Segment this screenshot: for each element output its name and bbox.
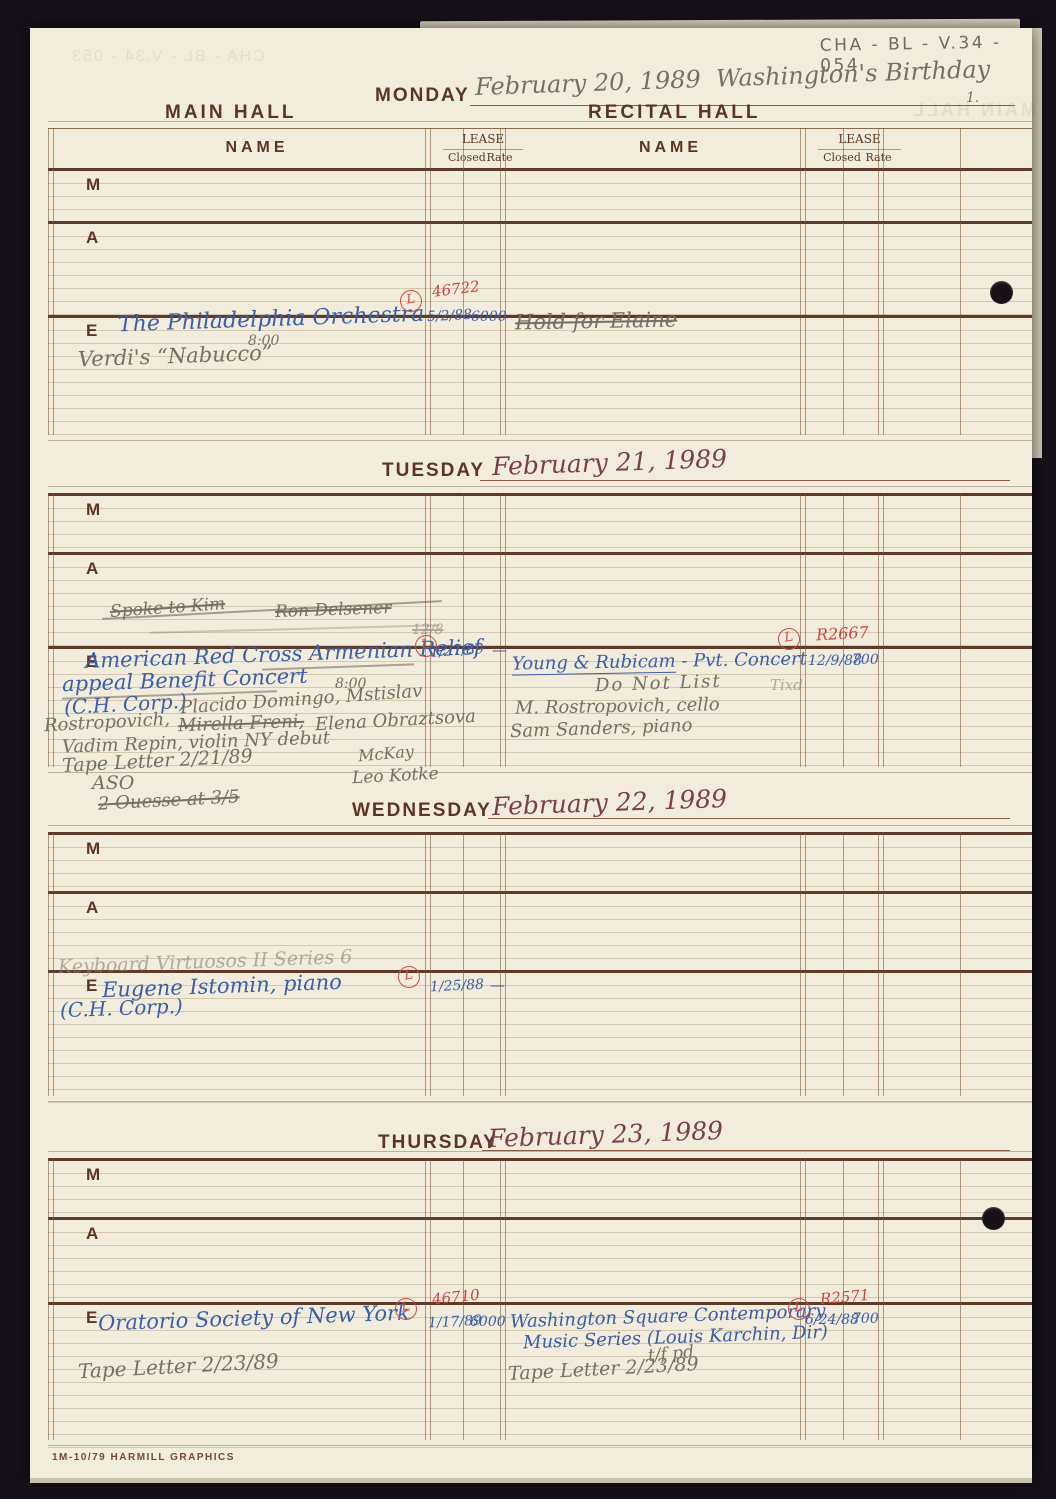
col-lease-main: LEASE <box>448 132 518 146</box>
day-label-wednesday: WEDNESDAY <box>352 800 492 822</box>
grid-vline <box>883 493 884 767</box>
hole-punch <box>982 1207 1005 1230</box>
presenter-note: (C.H. Corp.) <box>60 994 184 1022</box>
day-block-thursday: M A E <box>48 1158 1032 1440</box>
paid-note: t/f pd <box>647 1342 695 1366</box>
side-note: Tixd <box>770 676 803 694</box>
grid-vline <box>843 832 844 1096</box>
grid-vline <box>960 1158 961 1440</box>
lease-closed-date: 1/25/88 <box>430 977 485 996</box>
lease-rate: — <box>492 641 507 659</box>
client-name: Young & Rubicam <box>512 651 676 676</box>
event-type: - Pvt. Concert <box>681 648 807 671</box>
grid-vline <box>48 128 49 435</box>
morning-row: M <box>48 832 1032 891</box>
grid-vline <box>48 832 49 1096</box>
lease-rate: 700 <box>852 1311 879 1327</box>
day-date-monday: February 20, 1989 Washington's Birthday <box>475 55 991 101</box>
grid-vline <box>463 832 464 1096</box>
grid-vline <box>53 128 54 435</box>
col-name-main: NAME <box>71 139 443 157</box>
day-date-wednesday: February 22, 1989 <box>492 784 728 821</box>
col-closed-recital: Closed <box>823 151 861 164</box>
morning-row: M <box>48 493 1032 552</box>
grid-vline <box>500 128 501 435</box>
ledger-page: CHA - BL - V.34 - 053 RECITAL HALL MAIN … <box>30 28 1032 1478</box>
grid-vline <box>425 128 426 435</box>
row-label-m: M <box>86 500 100 520</box>
grid-vline <box>48 1158 49 1440</box>
grid-vline <box>425 832 426 1096</box>
col-name-recital: NAME <box>523 139 818 157</box>
row-label-a: A <box>86 228 98 248</box>
grid-vline <box>500 1158 501 1440</box>
date-text: February 20, 1989 <box>475 65 702 101</box>
grid-vline <box>878 832 879 1096</box>
day-date-thursday: February 23, 1989 <box>488 1116 724 1153</box>
grid-vline <box>425 1158 426 1440</box>
grid-vline <box>800 493 801 767</box>
grid-vline <box>505 128 506 435</box>
lease-closed-date: 5/2/88 <box>427 307 473 325</box>
row-label-a: A <box>86 1224 98 1244</box>
row-label-m: M <box>86 839 100 859</box>
day-date-tuesday: February 21, 1989 <box>492 444 728 481</box>
grid-vline <box>500 493 501 767</box>
grid-vline <box>805 832 806 1096</box>
grid-vline <box>843 128 844 435</box>
day-label-monday: MONDAY <box>375 85 470 107</box>
row-label-a: A <box>86 559 98 579</box>
hole-punch <box>990 281 1013 304</box>
lease-closed-date: 6/24/88 <box>805 1312 859 1328</box>
col-lease-recital: LEASE <box>823 132 896 146</box>
grid-vline <box>960 128 961 435</box>
bleed-through-code: CHA - BL - V.34 - 053 <box>70 48 265 66</box>
printer-imprint: 1M-10/79 HARMILL GRAPHICS <box>52 1452 235 1463</box>
grid-vline <box>505 832 506 1096</box>
grid-vline <box>500 832 501 1096</box>
col-closed-main: Closed <box>448 151 481 164</box>
grid-vline <box>430 832 431 1096</box>
grid-vline <box>960 493 961 767</box>
lease-rate: 6000 <box>471 309 507 325</box>
afternoon-row: A <box>48 221 1032 315</box>
grid-vline <box>800 128 801 435</box>
row-label-e: E <box>86 976 97 996</box>
day-block-monday: NAME LEASE Closed Rate NAME LEASE Closed… <box>48 128 1032 435</box>
page-stack-edge-right <box>1031 28 1042 458</box>
row-label-m: M <box>86 1165 100 1185</box>
grid-vline <box>805 493 806 767</box>
ledger-scan: CHA - BL - V.34 - 053 RECITAL HALL MAIN … <box>0 0 1056 1499</box>
do-not-list-note: Do Not List <box>595 671 722 696</box>
holiday-note: Washington's Birthday <box>715 55 990 93</box>
recital-hold-note: Hold for Elaine <box>515 308 678 335</box>
grid-vline <box>883 832 884 1096</box>
afternoon-row: A <box>48 1217 1032 1302</box>
grid-vline <box>53 1158 54 1440</box>
grid-vline <box>883 1158 884 1440</box>
grid-vline <box>505 1158 506 1440</box>
org-abbrev: ASO <box>92 772 134 794</box>
scratched-note: Ron Delsener <box>275 598 392 622</box>
lease-number: R2667 <box>816 623 870 645</box>
lease-header-divider-2 <box>818 149 901 150</box>
grid-vline <box>800 832 801 1096</box>
row-label-a: A <box>86 898 98 918</box>
row-label-e: E <box>86 1308 97 1328</box>
morning-row: M <box>48 1158 1032 1217</box>
lease-rate: 700 <box>852 652 879 668</box>
date-rule-tuesday <box>480 480 1010 481</box>
lease-header-divider <box>443 149 523 150</box>
grid-vline <box>878 493 879 767</box>
grid-vline <box>805 128 806 435</box>
grid-vline <box>505 493 506 767</box>
grid-vline <box>430 1158 431 1440</box>
grid-vline <box>960 832 961 1096</box>
lease-rate: — <box>490 976 505 994</box>
grid-vline <box>53 832 54 1096</box>
date-rule-wednesday <box>488 818 1010 819</box>
lease-rate: 6000 <box>470 1314 506 1330</box>
grid-vline <box>883 128 884 435</box>
morning-row: M <box>48 168 1032 221</box>
column-header-band: NAME LEASE Closed Rate NAME LEASE Closed… <box>48 128 1032 168</box>
grid-vline <box>878 1158 879 1440</box>
grid-vline <box>430 128 431 435</box>
grid-vline <box>878 128 879 435</box>
day-label-tuesday: TUESDAY <box>382 460 485 482</box>
row-label-e: E <box>86 321 97 341</box>
row-label-m: M <box>86 175 100 195</box>
stray-mark: 1. <box>966 90 979 106</box>
side-note: Leo Kotke <box>352 764 440 789</box>
